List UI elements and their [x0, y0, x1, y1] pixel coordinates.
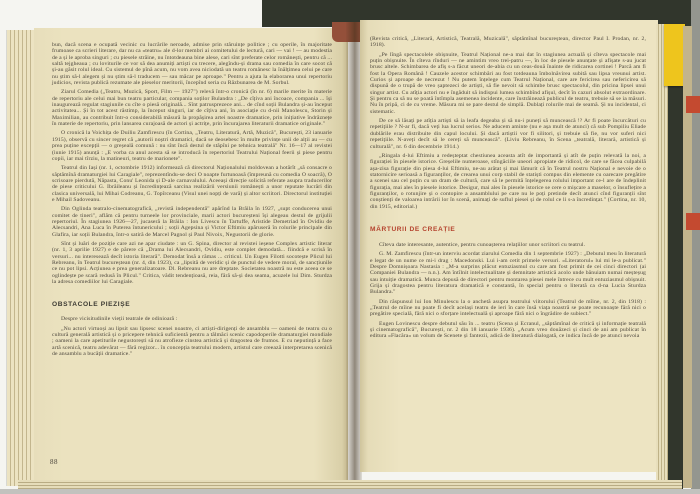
red-bookmark-tab-2: [686, 213, 700, 230]
paragraph: Ziarul Comedia („Teatru, Muzică, Sport, …: [52, 89, 332, 127]
right-page: (Revista critică, „Literară, Artistică, …: [360, 20, 658, 472]
page-number: 88: [50, 458, 58, 466]
paragraph: Din Oglinda teatralo-cinematografică, „r…: [52, 206, 332, 238]
scanner-background-right: [691, 0, 700, 494]
paragraph: De ce să lăsați pe atîția artiști să ia …: [370, 118, 646, 150]
paragraph: O cronică la Voichița de Duiliu Zamfires…: [52, 130, 332, 162]
section-heading-obstacole: OBSTACOLE PIEZIȘE: [52, 301, 332, 308]
paragraph: G. M. Zamfirescu (într-un interviu acord…: [370, 251, 646, 295]
right-page-text: (Revista critică, „Literară, Artistică, …: [370, 36, 646, 340]
paragraph: Sînt și luări de poziție care azi ne apa…: [52, 241, 332, 285]
paragraph: bun, dacă scena e ocupată vecinic cu luc…: [52, 42, 332, 86]
paragraph: Din răspunsul lui Ion Minulescu la o anc…: [370, 299, 646, 318]
paragraph: Cîteva date interesante, autentice, pent…: [370, 242, 646, 248]
yellow-bookmark-tab: [664, 24, 685, 86]
red-bookmark-tab-1: [686, 96, 700, 113]
paragraph: „Ringala d-lui Eftimiu a redeșteptat che…: [370, 153, 646, 210]
paragraph: Teatrul din Iași (nr. 1, octombrie 1912)…: [52, 165, 332, 203]
left-page: bun, dacă scena e ocupată vecinic cu luc…: [34, 28, 348, 480]
section-heading-marturii: MĂRTURII DE CREAȚIE: [370, 226, 646, 233]
scanner-bottom-edge: [0, 489, 700, 494]
paragraph: „Pe lîngă spectacolele obișnuite, Teatru…: [370, 52, 646, 115]
paragraph: Eugen Lovinescu despre debutul său în ..…: [370, 321, 646, 340]
left-page-text: bun, dacă scena e ocupată vecinic cu luc…: [52, 42, 332, 357]
paragraph: Despre vicisitudinile vieții teatrale de…: [52, 316, 332, 322]
left-page-edges: [6, 30, 37, 486]
paragraph: „Nu actori virtuoși au lipsit sau lipses…: [52, 326, 332, 358]
paragraph: (Revista critică, „Literară, Artistică, …: [370, 36, 646, 49]
